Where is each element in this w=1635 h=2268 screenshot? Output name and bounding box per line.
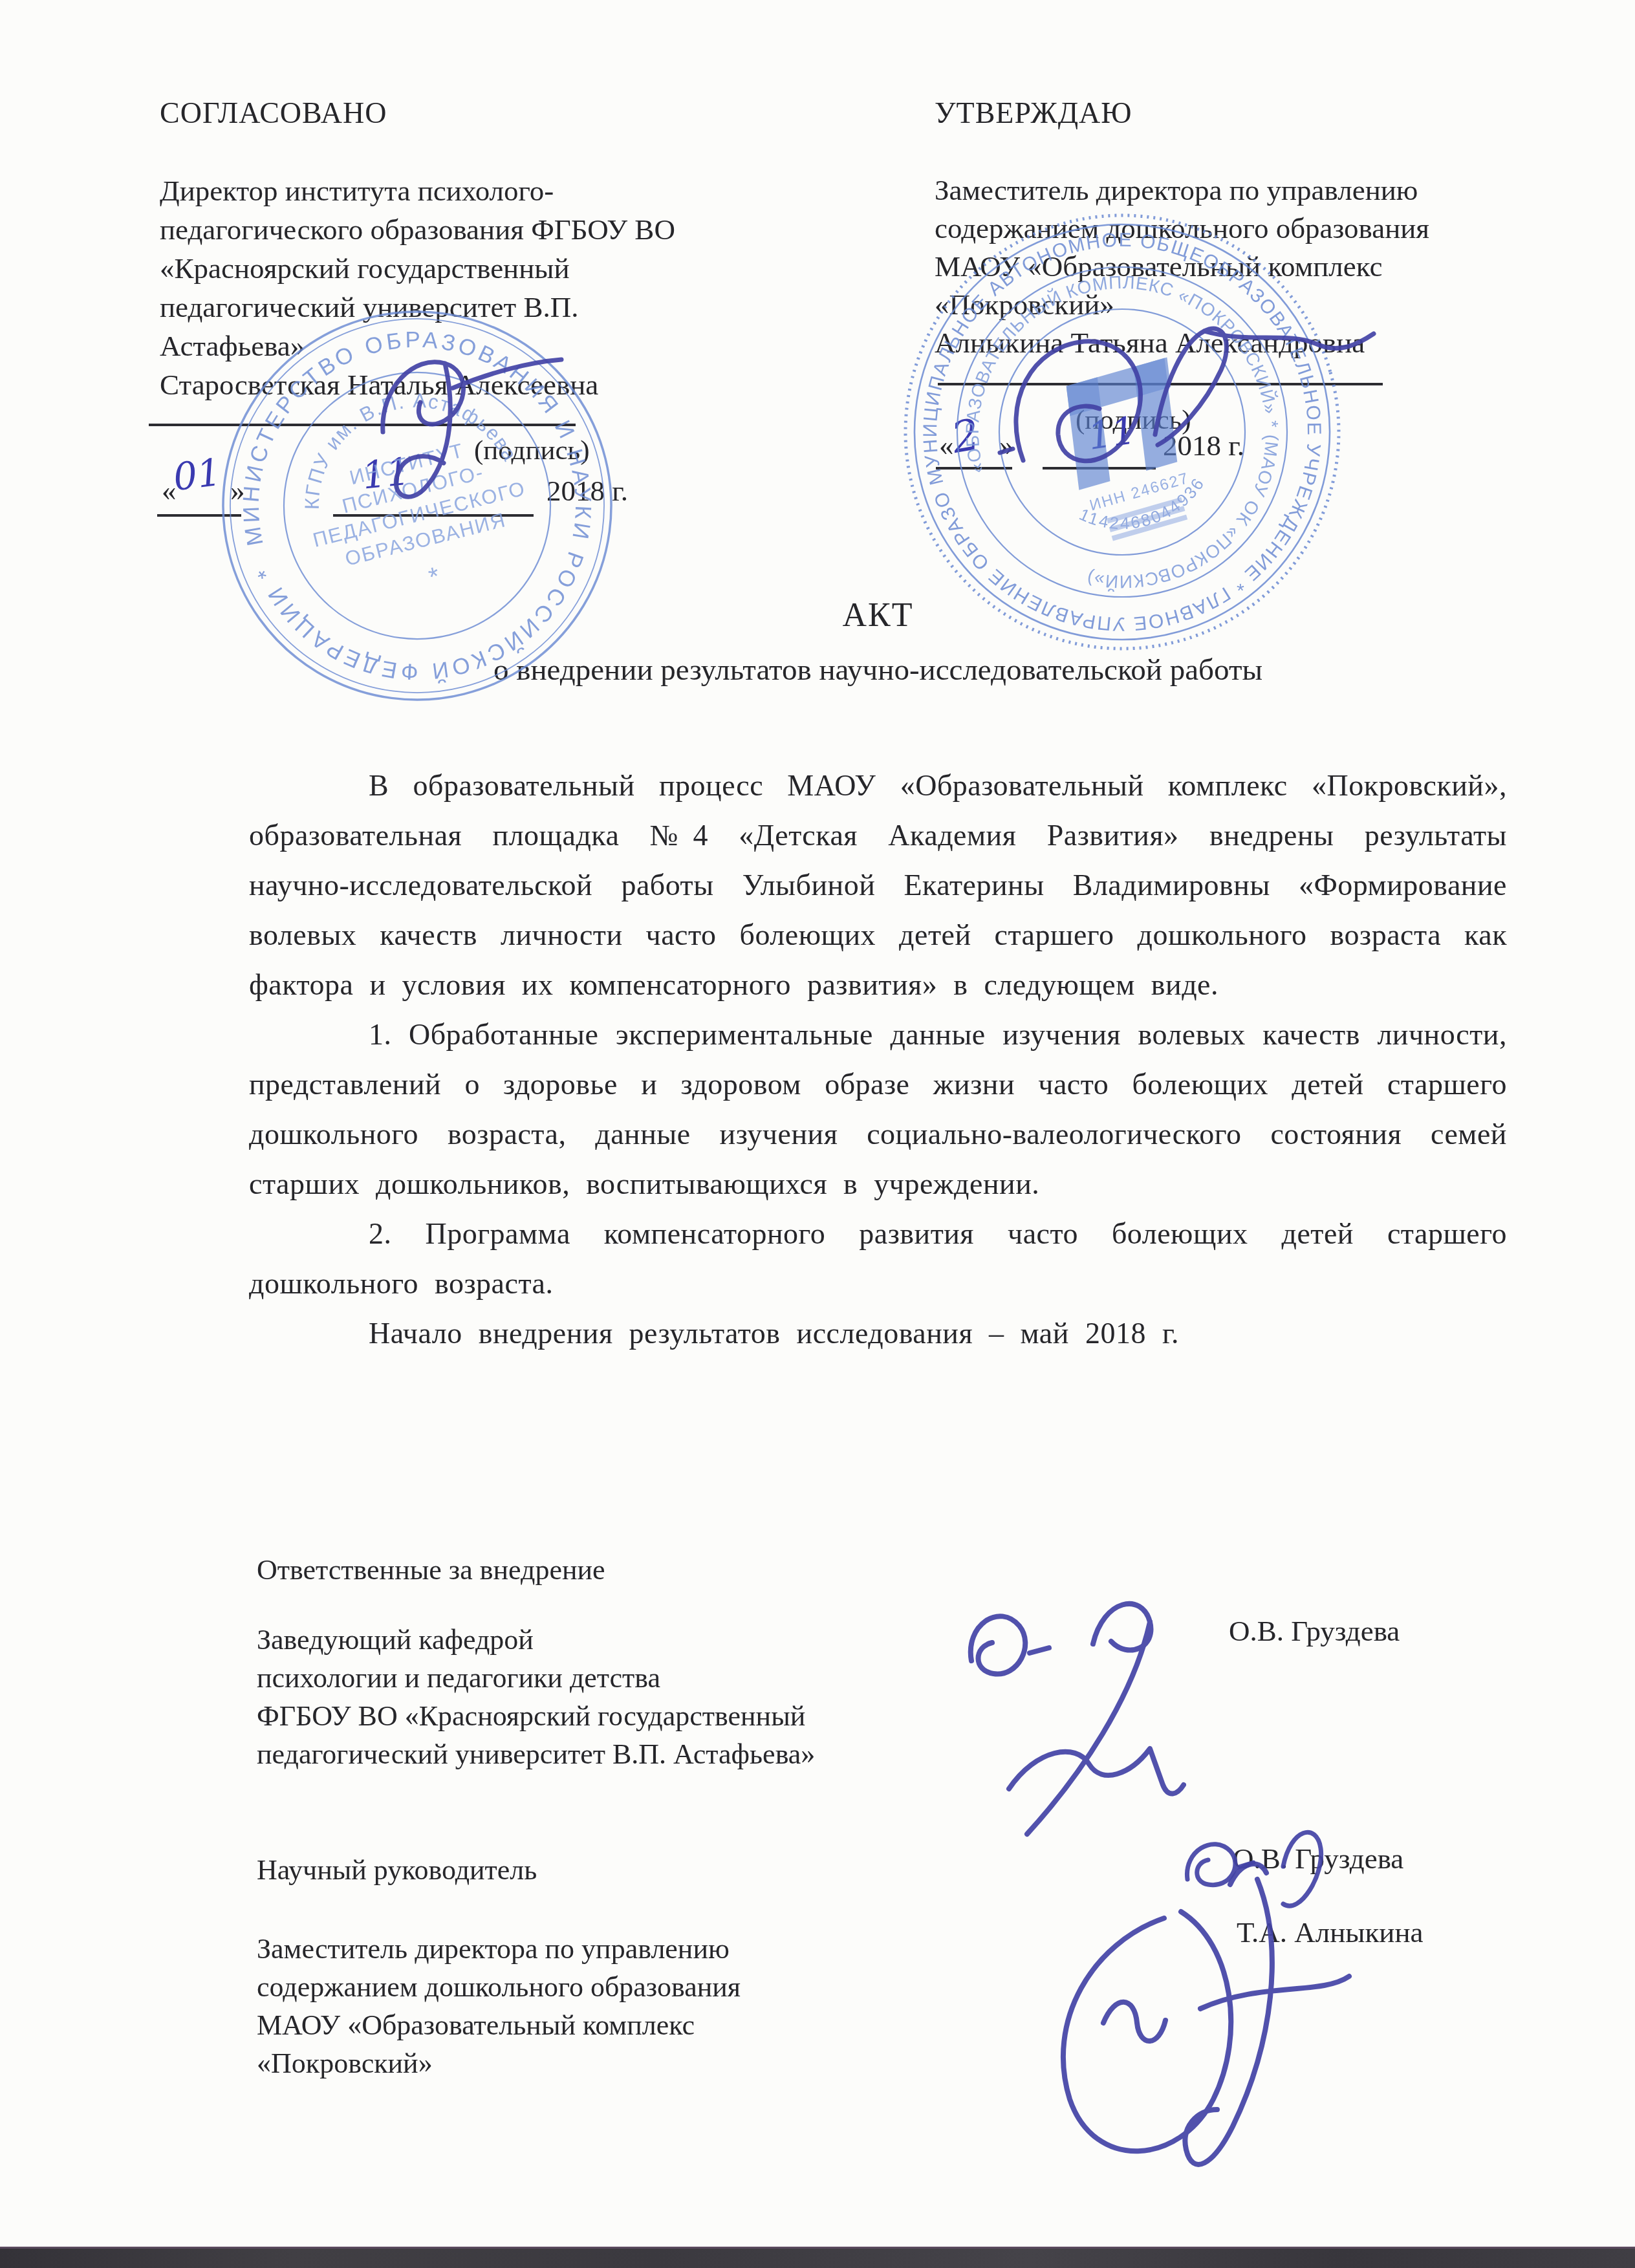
role-line: педагогический университет В.П. Астафьев… bbox=[257, 1735, 815, 1773]
signature-line-left bbox=[149, 424, 576, 426]
role-line: «Покровский» bbox=[257, 2044, 741, 2082]
approval-right-line: МАОУ «Образовательный комплекс bbox=[935, 248, 1620, 286]
document-title: АКТ bbox=[249, 596, 1507, 634]
responsible-name: О.В. Груздева bbox=[1233, 1842, 1403, 1875]
handwritten-month-left: 11 bbox=[360, 449, 413, 497]
responsible-row-role: Заместитель директора по управлению соде… bbox=[257, 1930, 741, 2082]
approval-right-line: «Покровский» bbox=[935, 286, 1620, 324]
body-paragraph-1: В образовательный процесс МАОУ «Образова… bbox=[249, 761, 1507, 1010]
approval-right-header: УТВЕРЖДАЮ bbox=[935, 96, 1620, 130]
signature-line-right bbox=[938, 383, 1383, 385]
approval-left-line: Астафьева» bbox=[160, 327, 845, 365]
signature-caption-left: (подпись) bbox=[474, 435, 590, 466]
role-line: содержанием дошкольного образования bbox=[257, 1968, 741, 2006]
date-year-left: 2018 г. bbox=[547, 474, 628, 508]
body-paragraph-3: 2. Программа компенсаторного развития ча… bbox=[249, 1209, 1507, 1308]
handwritten-day-left: 01 bbox=[171, 450, 224, 499]
role-line: МАОУ «Образовательный комплекс bbox=[257, 2006, 741, 2044]
approval-right-lines: Заместитель директора по управлению соде… bbox=[935, 171, 1620, 362]
signature-ink-row1 bbox=[971, 1604, 1184, 1834]
date-month-underline-right bbox=[1043, 467, 1156, 470]
approval-left-header: СОГЛАСОВАНО bbox=[160, 96, 845, 130]
body-paragraph-2: 1. Обработанные экспериментальные данные… bbox=[249, 1010, 1507, 1209]
approval-right-block: УТВЕРЖДАЮ Заместитель директора по управ… bbox=[935, 96, 1620, 362]
date-day-underline-right bbox=[936, 467, 1012, 470]
approval-left-lines: Директор института психолого- педагогиче… bbox=[160, 171, 845, 404]
date-quote-close-right: » bbox=[999, 429, 1014, 462]
role-line: Заведующий кафедрой bbox=[257, 1621, 815, 1659]
approval-left-block: СОГЛАСОВАНО Директор института психолого… bbox=[160, 96, 845, 404]
role-line: Научный руководитель bbox=[257, 1851, 537, 1889]
document-body: В образовательный процесс МАОУ «Образова… bbox=[249, 761, 1507, 1358]
responsible-row-role: Заведующий кафедрой психологии и педагог… bbox=[257, 1621, 815, 1773]
date-year-right: 2018 г. bbox=[1163, 429, 1244, 462]
role-line: психологии и педагогики детства bbox=[257, 1659, 815, 1697]
stamp-hatch-block bbox=[1107, 497, 1187, 541]
scan-page-edge bbox=[0, 2247, 1635, 2268]
approval-left-line: педагогического образования ФГБОУ ВО bbox=[160, 210, 845, 249]
stamp-inn-text: ИНН 246627 bbox=[1088, 470, 1191, 515]
responsible-name: О.В. Груздева bbox=[1229, 1614, 1400, 1648]
approval-left-line: Старосветская Наталья Алексеевна bbox=[160, 365, 845, 404]
document-subtitle: о внедрении результатов научно-исследова… bbox=[249, 653, 1507, 687]
stamp-center-line: ОБРАЗОВАНИЯ bbox=[343, 508, 508, 570]
body-paragraph-4: Начало внедрения результатов исследовани… bbox=[249, 1308, 1507, 1358]
document-title-block: АКТ о внедрении результатов научно-иссле… bbox=[249, 596, 1507, 687]
date-day-underline-left bbox=[157, 514, 241, 517]
signature-ink-row3 bbox=[1063, 1864, 1349, 2165]
handwritten-month-right: 11 bbox=[1085, 408, 1139, 459]
svg-text:1142468044936: 1142468044936 bbox=[1072, 470, 1216, 548]
date-quote-close-left: » bbox=[230, 474, 245, 508]
responsible-name: Т.А. Алныкина bbox=[1237, 1916, 1424, 1949]
role-line: Заместитель директора по управлению bbox=[257, 1930, 741, 1968]
approval-right-line: содержанием дошкольного образования bbox=[935, 210, 1620, 248]
stamp-ogrn-text: 1142468044936 bbox=[1072, 470, 1216, 548]
role-line: ФГБОУ ВО «Красноярский государственный bbox=[257, 1697, 815, 1735]
approval-right-line: Алныкина Татьяна Александровна bbox=[935, 324, 1620, 362]
approval-left-line: педагогический университет В.П. bbox=[160, 288, 845, 327]
approval-left-line: Директор института психолого- bbox=[160, 171, 845, 210]
responsible-row-role: Научный руководитель bbox=[257, 1851, 537, 1889]
responsible-header: Ответственные за внедрение bbox=[257, 1553, 605, 1586]
stamp-star: * bbox=[426, 561, 444, 592]
date-month-underline-left bbox=[333, 514, 534, 517]
approval-right-line: Заместитель директора по управлению bbox=[935, 171, 1620, 210]
approval-left-line: «Красноярский государственный bbox=[160, 249, 845, 288]
